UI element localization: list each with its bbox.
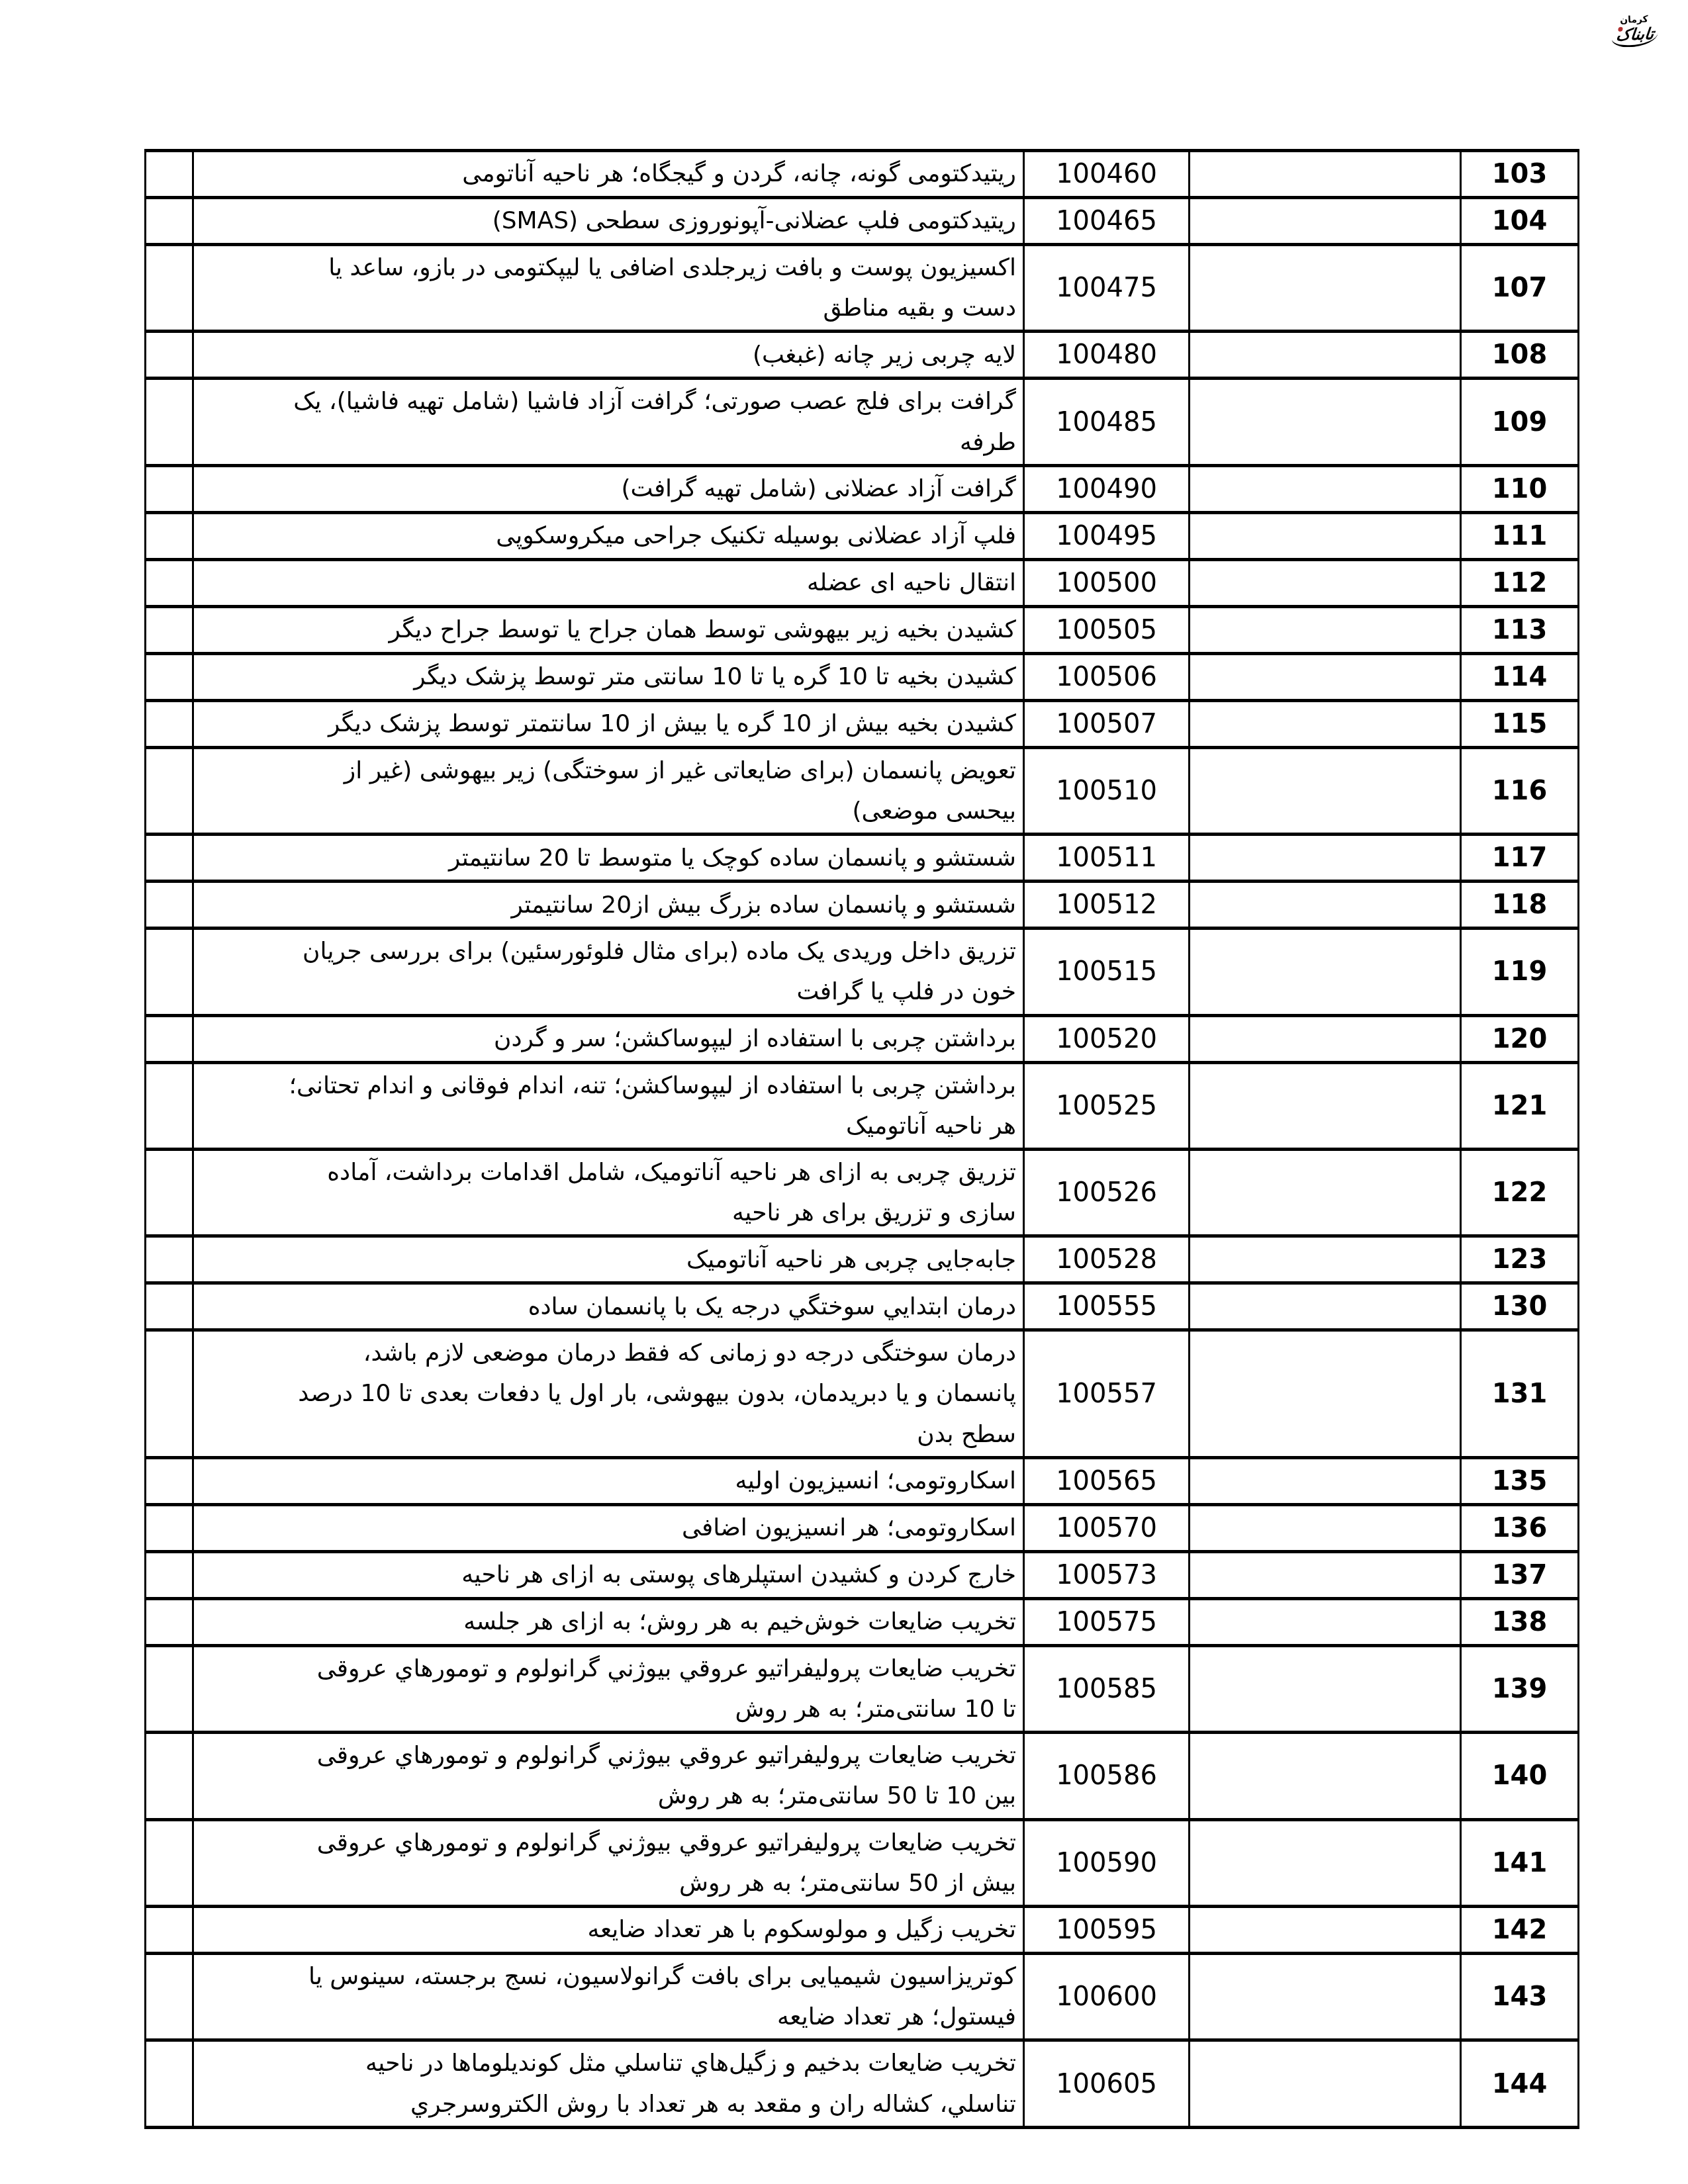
margin-cell [146, 559, 193, 606]
description-cell: ریتیدکتومی گونه، چانه، گردن و گیجگاه؛ هر… [193, 151, 1024, 198]
value-cell [1190, 1330, 1461, 1458]
logo-name-text: تابناک [1611, 24, 1658, 48]
description-cell: اسکاروتومی؛ انسیزیون اولیه [193, 1457, 1024, 1504]
description-cell: تخریب ضایعات پرولیفراتیو عروقي بیوژني گر… [193, 1645, 1024, 1732]
value-cell [1190, 606, 1461, 653]
value-cell [1190, 653, 1461, 700]
table-row: 108 100480 لایه چربی زیر چانه (غبغب) [146, 332, 1579, 379]
row-number-cell: 109 [1461, 379, 1579, 465]
row-number-cell: 118 [1461, 882, 1579, 929]
description-cell: انتقال ناحیه ای عضله [193, 559, 1024, 606]
margin-cell [146, 1819, 193, 1906]
description-cell: تزریق داخل وریدی یک ماده (برای مثال فلوئ… [193, 929, 1024, 1015]
description-cell: تخریب ضایعات پرولیفراتیو عروقي بیوژني گر… [193, 1819, 1024, 1906]
row-number-cell: 108 [1461, 332, 1579, 379]
description-cell: تخریب زگیل و مولوسکوم با هر تعداد ضایعه [193, 1906, 1024, 1953]
row-number-cell: 115 [1461, 700, 1579, 747]
description-cell: اسکاروتومی؛ هر انسیزیون اضافی [193, 1504, 1024, 1551]
code-cell: 100465 [1024, 198, 1190, 245]
table-row: 123 100528 جابه‌جایی چربی هر ناحیه آناتو… [146, 1236, 1579, 1283]
code-cell: 100595 [1024, 1906, 1190, 1953]
code-cell: 100505 [1024, 606, 1190, 653]
code-cell: 100512 [1024, 882, 1190, 929]
description-cell: شستشو و پانسمان ساده کوچک یا متوسط تا 20… [193, 835, 1024, 882]
value-cell [1190, 1598, 1461, 1645]
row-number-cell: 104 [1461, 198, 1579, 245]
procedure-codes-table: 103 100460 ریتیدکتومی گونه، چانه، گردن و… [144, 149, 1579, 2129]
row-number-cell: 139 [1461, 1645, 1579, 1732]
description-cell: خارج کردن و کشیدن استپلرهای پوستی به ازا… [193, 1551, 1024, 1598]
margin-cell [146, 929, 193, 1015]
row-number-cell: 111 [1461, 512, 1579, 559]
row-number-cell: 114 [1461, 653, 1579, 700]
logo-red-dot-icon [1618, 27, 1623, 32]
description-cell: تخریب ضایعات پرولیفراتیو عروقي بیوژني گر… [193, 1733, 1024, 1819]
code-cell: 100495 [1024, 512, 1190, 559]
margin-cell [146, 700, 193, 747]
tabnak-kerman-logo: کرمان تابناک [1597, 13, 1671, 48]
margin-cell [146, 332, 193, 379]
description-cell: برداشتن چربی با استفاده از لیپوساکشن؛ تن… [193, 1062, 1024, 1149]
code-cell: 100460 [1024, 151, 1190, 198]
table-row: 130 100555 درمان ابتدايي سوختگي درجه يک … [146, 1283, 1579, 1330]
margin-cell [146, 1015, 193, 1062]
value-cell [1190, 1645, 1461, 1732]
code-cell: 100526 [1024, 1149, 1190, 1236]
value-cell [1190, 559, 1461, 606]
table-row: 109 100485 گرافت برای فلج عصب صورتی؛ گرا… [146, 379, 1579, 465]
margin-cell [146, 1906, 193, 1953]
description-cell: تخریب ضایعات بدخیم و زگیل‌هاي تناسلي مثل… [193, 2040, 1024, 2127]
description-cell: فلپ آزاد عضلانی بوسیله تکنیک جراحی میکرو… [193, 512, 1024, 559]
value-cell [1190, 1906, 1461, 1953]
table-row: 103 100460 ریتیدکتومی گونه، چانه، گردن و… [146, 151, 1579, 198]
document-page: کرمان تابناک 103 100460 ریتیدکتومی گونه،… [0, 0, 1688, 2184]
code-cell: 100585 [1024, 1645, 1190, 1732]
code-cell: 100605 [1024, 2040, 1190, 2127]
table-row: 113 100505 کشیدن بخیه زیر بیهوشی توسط هم… [146, 606, 1579, 653]
table-row: 144 100605 تخریب ضایعات بدخیم و زگیل‌هاي… [146, 2040, 1579, 2127]
table-row: 120 100520 برداشتن چربی با استفاده از لی… [146, 1015, 1579, 1062]
table-row: 131 100557 درمان سوختگی درجه دو زمانی که… [146, 1330, 1579, 1458]
table-row: 137 100573 خارج کردن و کشیدن استپلرهای پ… [146, 1551, 1579, 1598]
row-number-cell: 113 [1461, 606, 1579, 653]
value-cell [1190, 2040, 1461, 2127]
value-cell [1190, 1819, 1461, 1906]
description-cell: درمان ابتدايي سوختگي درجه يک با پانسمان … [193, 1283, 1024, 1330]
row-number-cell: 131 [1461, 1330, 1579, 1458]
row-number-cell: 138 [1461, 1598, 1579, 1645]
margin-cell [146, 1504, 193, 1551]
code-cell: 100480 [1024, 332, 1190, 379]
table-row: 118 100512 شستشو و پانسمان ساده بزرگ بیش… [146, 882, 1579, 929]
code-cell: 100490 [1024, 465, 1190, 512]
row-number-cell: 107 [1461, 245, 1579, 332]
margin-cell [146, 379, 193, 465]
margin-cell [146, 1236, 193, 1283]
margin-cell [146, 1953, 193, 2040]
row-number-cell: 119 [1461, 929, 1579, 1015]
value-cell [1190, 1062, 1461, 1149]
row-number-cell: 103 [1461, 151, 1579, 198]
margin-cell [146, 512, 193, 559]
table-row: 107 100475 اکسیزیون پوست و بافت زیرجلدی … [146, 245, 1579, 332]
code-cell: 100520 [1024, 1015, 1190, 1062]
value-cell [1190, 198, 1461, 245]
value-cell [1190, 1236, 1461, 1283]
margin-cell [146, 1330, 193, 1458]
value-cell [1190, 465, 1461, 512]
value-cell [1190, 700, 1461, 747]
value-cell [1190, 1504, 1461, 1551]
margin-cell [146, 1645, 193, 1732]
code-cell: 100485 [1024, 379, 1190, 465]
table-row: 139 100585 تخریب ضایعات پرولیفراتیو عروق… [146, 1645, 1579, 1732]
description-cell: اکسیزیون پوست و بافت زیرجلدی اضافی یا لی… [193, 245, 1024, 332]
row-number-cell: 122 [1461, 1149, 1579, 1236]
value-cell [1190, 332, 1461, 379]
table-row: 138 100575 تخریب ضایعات خوش‌خیم به هر رو… [146, 1598, 1579, 1645]
margin-cell [146, 1457, 193, 1504]
procedures-table-body: 103 100460 ریتیدکتومی گونه، چانه، گردن و… [146, 151, 1579, 2128]
row-number-cell: 120 [1461, 1015, 1579, 1062]
description-cell: کوتریزاسیون شیمیایی برای بافت گرانولاسیو… [193, 1953, 1024, 2040]
value-cell [1190, 835, 1461, 882]
description-cell: گرافت آزاد عضلانی (شامل تهیه گرافت) [193, 465, 1024, 512]
row-number-cell: 117 [1461, 835, 1579, 882]
description-cell: جابه‌جایی چربی هر ناحیه آناتومیک [193, 1236, 1024, 1283]
table-row: 104 100465 ریتیدکتومی فلپ عضلانی-آپونورو… [146, 198, 1579, 245]
row-number-cell: 140 [1461, 1733, 1579, 1819]
margin-cell [146, 882, 193, 929]
value-cell [1190, 747, 1461, 834]
margin-cell [146, 606, 193, 653]
description-cell: لایه چربی زیر چانه (غبغب) [193, 332, 1024, 379]
table-row: 140 100586 تخریب ضایعات پرولیفراتیو عروق… [146, 1733, 1579, 1819]
table-row: 116 100510 تعویض پانسمان (برای ضایعاتی غ… [146, 747, 1579, 834]
margin-cell [146, 2040, 193, 2127]
code-cell: 100600 [1024, 1953, 1190, 2040]
code-cell: 100500 [1024, 559, 1190, 606]
row-number-cell: 136 [1461, 1504, 1579, 1551]
table-row: 117 100511 شستشو و پانسمان ساده کوچک یا … [146, 835, 1579, 882]
row-number-cell: 116 [1461, 747, 1579, 834]
table-row: 135 100565 اسکاروتومی؛ انسیزیون اولیه [146, 1457, 1579, 1504]
value-cell [1190, 1457, 1461, 1504]
row-number-cell: 144 [1461, 2040, 1579, 2127]
margin-cell [146, 198, 193, 245]
margin-cell [146, 1062, 193, 1149]
description-cell: برداشتن چربی با استفاده از لیپوساکشن؛ سر… [193, 1015, 1024, 1062]
table-row: 119 100515 تزریق داخل وریدی یک ماده (برا… [146, 929, 1579, 1015]
code-cell: 100507 [1024, 700, 1190, 747]
code-cell: 100510 [1024, 747, 1190, 834]
description-cell: ریتیدکتومی فلپ عضلانی-آپونوروزی سطحی (SM… [193, 198, 1024, 245]
value-cell [1190, 1733, 1461, 1819]
table-row: 115 100507 کشیدن بخیه بیش از 10 گره یا ب… [146, 700, 1579, 747]
value-cell [1190, 151, 1461, 198]
margin-cell [146, 1551, 193, 1598]
code-cell: 100575 [1024, 1598, 1190, 1645]
margin-cell [146, 1733, 193, 1819]
code-cell: 100475 [1024, 245, 1190, 332]
description-cell: کشیدن بخیه بیش از 10 گره یا بیش از 10 سا… [193, 700, 1024, 747]
value-cell [1190, 512, 1461, 559]
code-cell: 100590 [1024, 1819, 1190, 1906]
value-cell [1190, 1283, 1461, 1330]
value-cell [1190, 245, 1461, 332]
table-row: 121 100525 برداشتن چربی با استفاده از لی… [146, 1062, 1579, 1149]
value-cell [1190, 1149, 1461, 1236]
table-row: 112 100500 انتقال ناحیه ای عضله [146, 559, 1579, 606]
code-cell: 100586 [1024, 1733, 1190, 1819]
code-cell: 100511 [1024, 835, 1190, 882]
description-cell: گرافت برای فلج عصب صورتی؛ گرافت آزاد فاش… [193, 379, 1024, 465]
logo-city-text: کرمان [1620, 14, 1648, 25]
row-number-cell: 110 [1461, 465, 1579, 512]
margin-cell [146, 245, 193, 332]
margin-cell [146, 747, 193, 834]
table-row: 143 100600 کوتریزاسیون شیمیایی برای بافت… [146, 1953, 1579, 2040]
code-cell: 100573 [1024, 1551, 1190, 1598]
table-row: 114 100506 کشیدن بخیه تا 10 گره یا تا 10… [146, 653, 1579, 700]
row-number-cell: 143 [1461, 1953, 1579, 2040]
value-cell [1190, 929, 1461, 1015]
margin-cell [146, 835, 193, 882]
margin-cell [146, 151, 193, 198]
row-number-cell: 141 [1461, 1819, 1579, 1906]
code-cell: 100528 [1024, 1236, 1190, 1283]
table-row: 111 100495 فلپ آزاد عضلانی بوسیله تکنیک … [146, 512, 1579, 559]
description-cell: تعویض پانسمان (برای ضایعاتی غیر از سوختگ… [193, 747, 1024, 834]
margin-cell [146, 1283, 193, 1330]
description-cell: تخریب ضایعات خوش‌خیم به هر روش؛ به ازای … [193, 1598, 1024, 1645]
code-cell: 100515 [1024, 929, 1190, 1015]
row-number-cell: 112 [1461, 559, 1579, 606]
table-row: 136 100570 اسکاروتومی؛ هر انسیزیون اضافی [146, 1504, 1579, 1551]
row-number-cell: 130 [1461, 1283, 1579, 1330]
margin-cell [146, 465, 193, 512]
code-cell: 100525 [1024, 1062, 1190, 1149]
code-cell: 100555 [1024, 1283, 1190, 1330]
description-cell: شستشو و پانسمان ساده بزرگ بیش از20 سانتی… [193, 882, 1024, 929]
code-cell: 100565 [1024, 1457, 1190, 1504]
code-cell: 100570 [1024, 1504, 1190, 1551]
value-cell [1190, 1953, 1461, 2040]
table-row: 122 100526 تزریق چربی به ازای هر ناحیه آ… [146, 1149, 1579, 1236]
margin-cell [146, 1598, 193, 1645]
row-number-cell: 123 [1461, 1236, 1579, 1283]
table-row: 142 100595 تخریب زگیل و مولوسکوم با هر ت… [146, 1906, 1579, 1953]
row-number-cell: 121 [1461, 1062, 1579, 1149]
code-cell: 100557 [1024, 1330, 1190, 1458]
margin-cell [146, 1149, 193, 1236]
description-cell: تزریق چربی به ازای هر ناحیه آناتومیک، شا… [193, 1149, 1024, 1236]
code-cell: 100506 [1024, 653, 1190, 700]
margin-cell [146, 653, 193, 700]
row-number-cell: 137 [1461, 1551, 1579, 1598]
row-number-cell: 142 [1461, 1906, 1579, 1953]
description-cell: کشیدن بخیه زیر بیهوشی توسط همان جراح یا … [193, 606, 1024, 653]
table-row: 110 100490 گرافت آزاد عضلانی (شامل تهیه … [146, 465, 1579, 512]
description-cell: کشیدن بخیه تا 10 گره یا تا 10 سانتی متر … [193, 653, 1024, 700]
description-cell: درمان سوختگی درجه دو زمانی که فقط درمان … [193, 1330, 1024, 1458]
value-cell [1190, 1551, 1461, 1598]
value-cell [1190, 1015, 1461, 1062]
row-number-cell: 135 [1461, 1457, 1579, 1504]
table-row: 141 100590 تخریب ضایعات پرولیفراتیو عروق… [146, 1819, 1579, 1906]
value-cell [1190, 379, 1461, 465]
value-cell [1190, 882, 1461, 929]
